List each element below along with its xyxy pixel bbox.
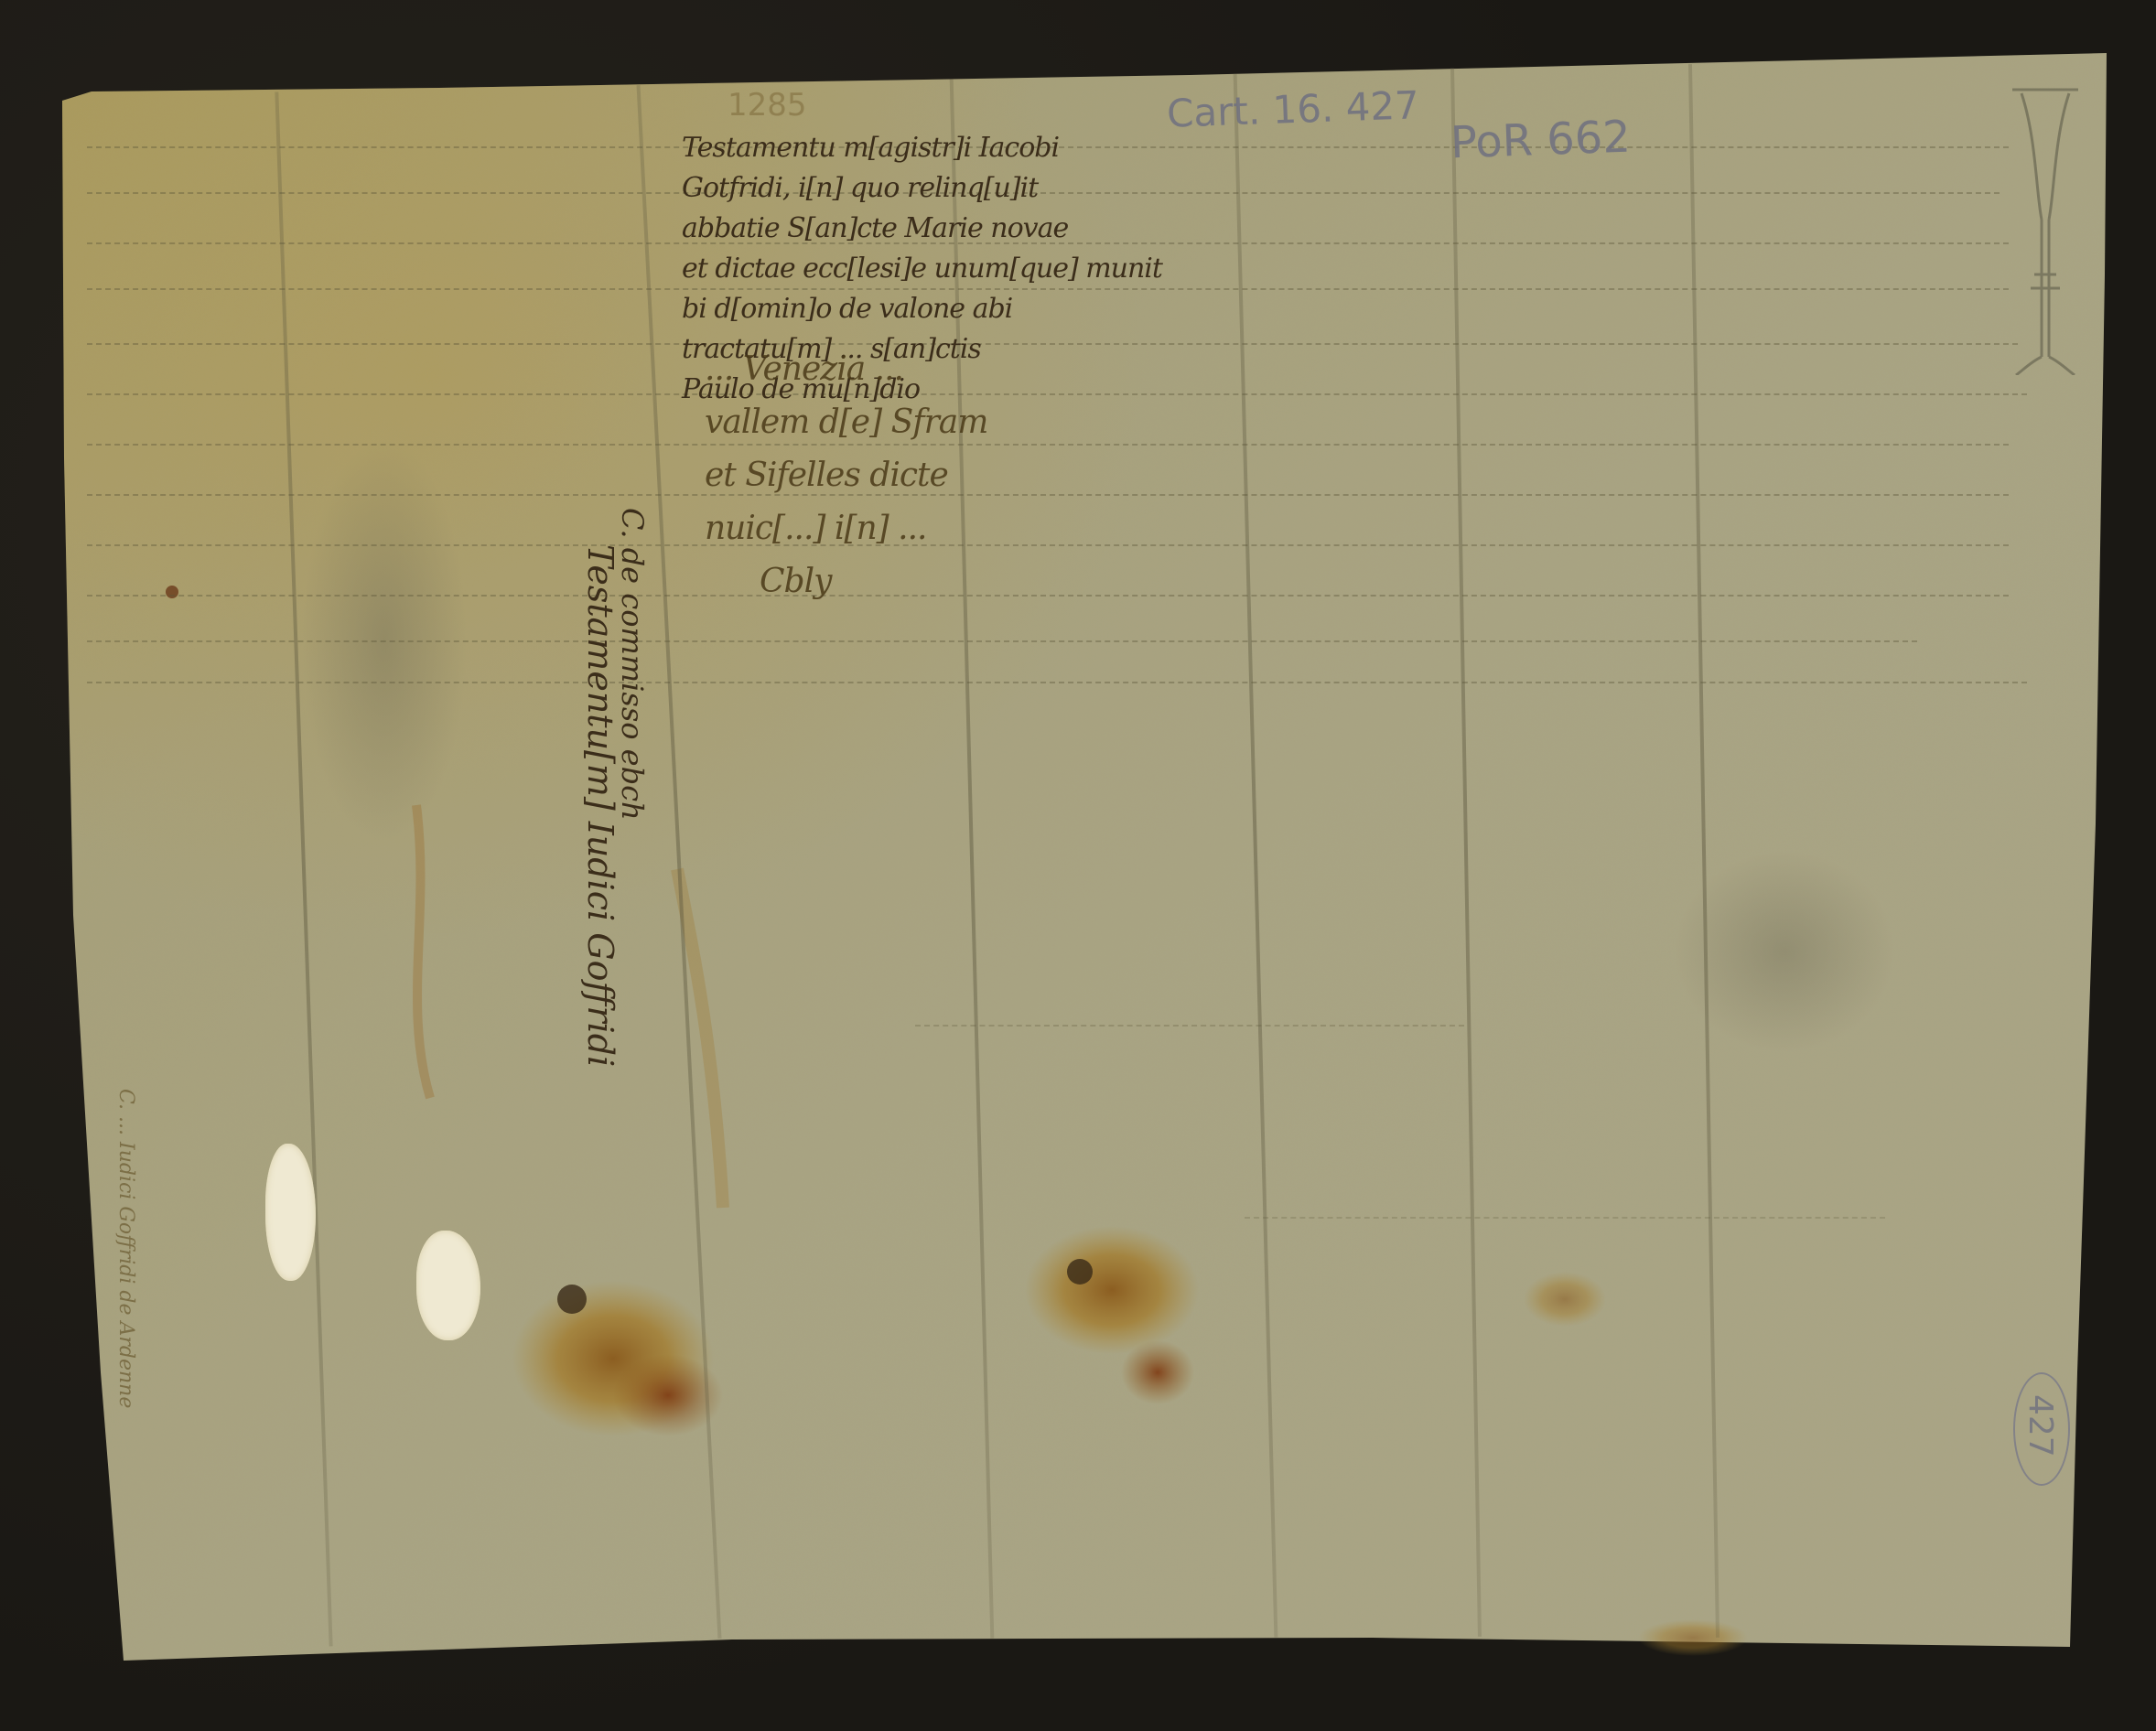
note-line: nuic[...] i[n] ... bbox=[705, 502, 987, 555]
note-line: Gotfridi, i[n] quo relinq[u]it bbox=[682, 168, 1162, 209]
circled-number: 427 bbox=[2021, 1394, 2059, 1457]
vertical-note-2: Testamentu[m] Iudici Goffridi bbox=[580, 544, 620, 1067]
note-line: et Sifelles dicte bbox=[705, 449, 987, 502]
parchment-hole bbox=[416, 1231, 480, 1340]
candlestick-drawing bbox=[2009, 82, 2082, 375]
dorsal-note-middle: ... Venezia ... vallem d[e] Sfram et Sif… bbox=[705, 343, 987, 608]
year-annotation: 1285 bbox=[728, 87, 807, 124]
document-scan: Cart. 16. 427 PoR 662 1285 427 Testament… bbox=[0, 0, 2156, 1731]
shelfmark-annotation: Cart. 16. 427 bbox=[1166, 82, 1419, 136]
note-line: Cbly bbox=[705, 555, 987, 608]
note-line: abbatie S[an]cte Marie novae bbox=[682, 209, 1162, 249]
note-line: vallem d[e] Sfram bbox=[705, 396, 987, 449]
reference-annotation: PoR 662 bbox=[1450, 112, 1632, 169]
left-edge-note: C. ... Iudici Goffridi de Ardenne bbox=[114, 1089, 137, 1408]
note-line: et dictae ecc[lesi]e unum[que] munit bbox=[682, 249, 1162, 289]
note-line: ... Venezia ... bbox=[705, 343, 987, 396]
circled-number-annotation: 427 bbox=[2013, 1372, 2070, 1486]
note-line: Testamentu m[agistr]i Iacobi bbox=[682, 128, 1162, 168]
note-line: bi d[omin]o de valone abi bbox=[682, 289, 1162, 329]
